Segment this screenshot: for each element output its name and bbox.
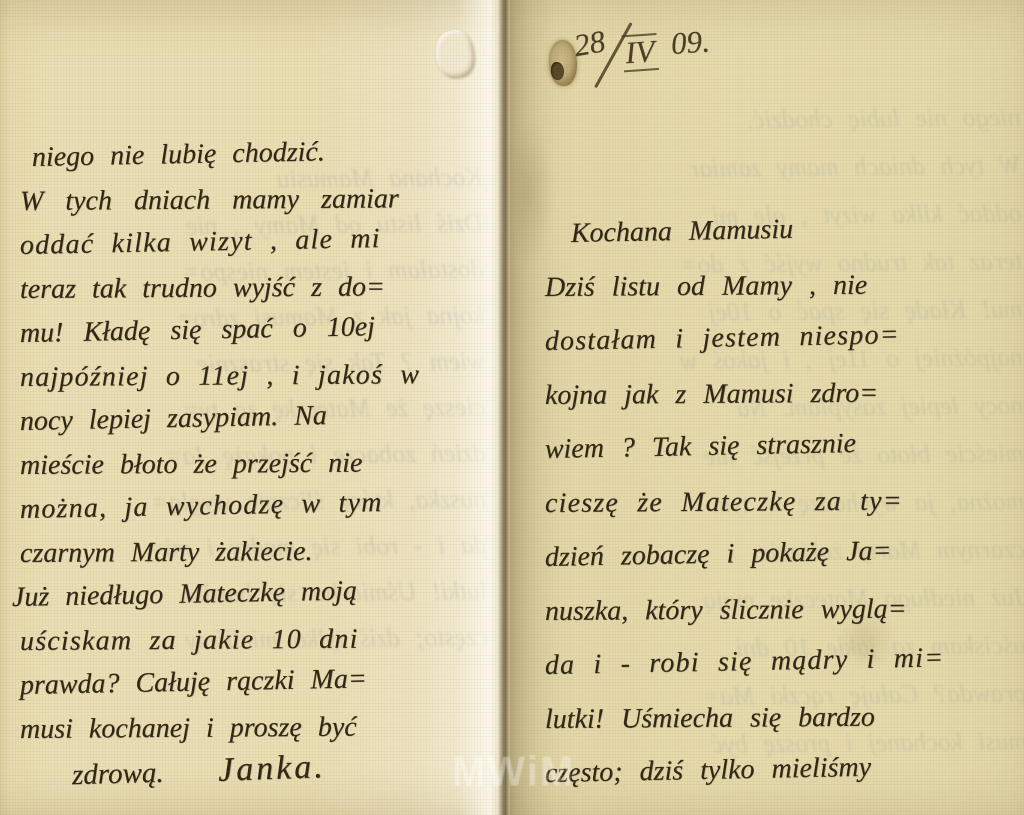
handwriting-line: nocy lepiej zasypiam. Na xyxy=(20,397,491,450)
signature: Janka. xyxy=(217,748,326,790)
handwriting-line: wiem ? Tak się strasznie xyxy=(544,425,1020,488)
closing-word: zdrową. xyxy=(72,757,164,792)
handwriting-line: dzień zobaczę i pokażę Ja= xyxy=(544,533,1020,596)
handwriting-line: Już niedługo Mateczkę moją xyxy=(12,573,491,626)
date-day: 28 xyxy=(571,23,608,64)
paper-damage-spot xyxy=(549,40,577,86)
handwriting-line: dostałam i jestem niespo= xyxy=(544,317,1020,380)
handwriting-line: prawda? Całuję rączki Ma= xyxy=(20,661,491,714)
showthrough-line: W tych dniach mamy zamiar xyxy=(535,150,1021,203)
handwriting-line: Kochana Mamusiu xyxy=(570,209,1020,272)
showthrough-line: niego nie lubię chodzić. xyxy=(534,102,1020,155)
page-fold-gutter xyxy=(499,0,510,815)
handwriting-line: niego nie lubię chodzić. xyxy=(32,133,491,186)
handwriting-line: często; dziś tylko mieliśmy xyxy=(544,749,1020,812)
handwriting-line: oddać kilka wizyt , ale mi xyxy=(20,221,491,274)
letter-scan: Kochana MamusiuDziś listu od Mamy , nied… xyxy=(0,0,1024,815)
handwriting-line: można, ja wychodzę w tym xyxy=(20,485,491,538)
date-year: 09. xyxy=(670,23,711,62)
handwriting-line: mu! Kładę się spać o 10ej xyxy=(20,309,491,362)
handwriting-line: da i - robi się mądry i mi= xyxy=(544,641,1020,704)
letter-date: 28 IV 09. xyxy=(573,17,713,94)
left-page-handwriting: niego nie lubię chodzić.W tych dniach ma… xyxy=(20,142,490,758)
date-month: IV xyxy=(621,33,659,72)
right-page-handwriting: Kochana MamusiuDziś listu od Mamy , nied… xyxy=(545,218,1020,812)
paper-hole xyxy=(551,62,564,80)
